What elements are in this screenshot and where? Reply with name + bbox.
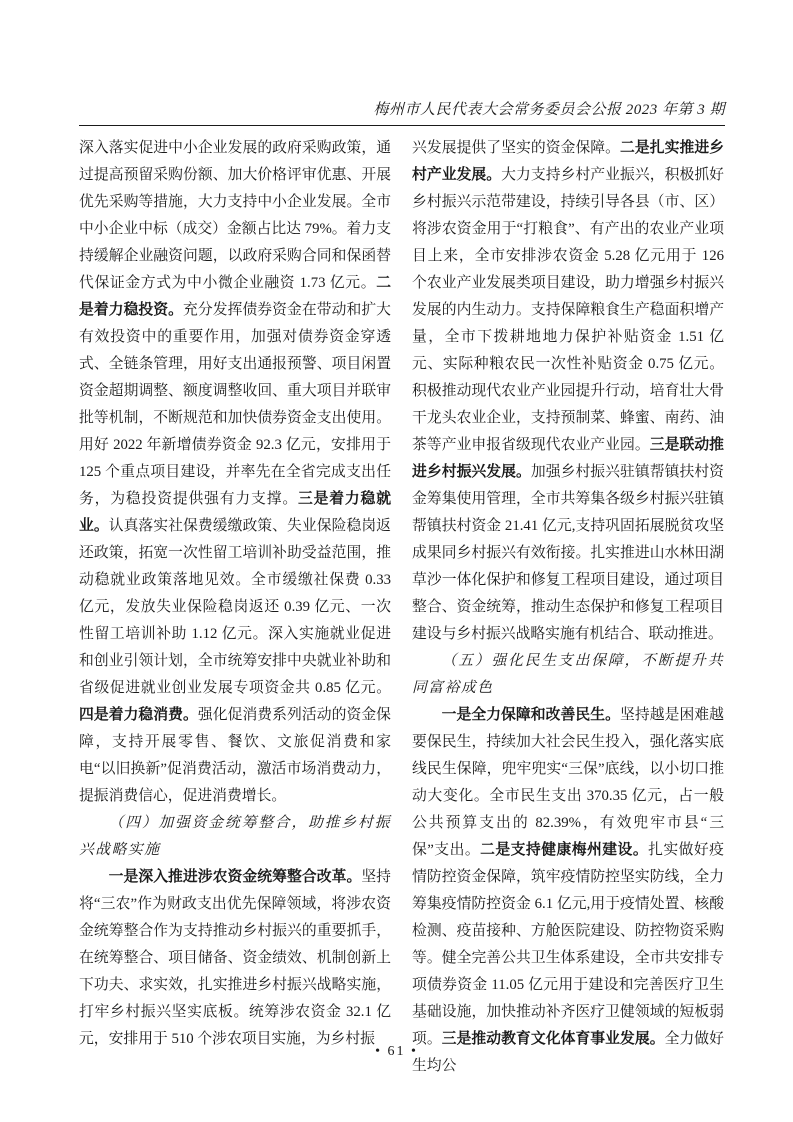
body-text: （四）加强资金统筹整合，助推乡村振兴战略实施 <box>79 815 391 858</box>
section-heading: （四）加强资金统筹整合，助推乡村振兴战略实施 <box>79 810 391 864</box>
left-column: 深入落实促进中小企业发展的政府采购政策，通过提高预留采购份额、加大价格评审优惠、… <box>79 135 391 1080</box>
emphasis-text: 四是着力稳消费。 <box>79 707 198 723</box>
body-text: 扎实做好疫情防控资金保障，筑牢疫情防控坚实防线，全力筹集疫情防控资金 6.1 亿… <box>412 842 724 1047</box>
body-text: 加强乡村振兴驻镇帮镇扶村资金筹集使用管理，全市共筹集各级乡村振兴驻镇帮镇扶村资金… <box>412 464 724 642</box>
journal-title: 梅州市人民代表大会常务委员会公报 2023 年第 3 期 <box>79 100 725 120</box>
body-text: （五）强化民生支出保障，不断提升共同富裕成色 <box>412 653 724 696</box>
page-header: 梅州市人民代表大会常务委员会公报 2023 年第 3 期 <box>79 100 725 126</box>
document-body: 深入落实促进中小企业发展的政府采购政策，通过提高预留采购份额、加大价格评审优惠、… <box>79 135 725 1080</box>
paragraph: 深入落实促进中小企业发展的政府采购政策，通过提高预留采购份额、加大价格评审优惠、… <box>79 135 391 810</box>
emphasis-text: 一是全力保障和改善民生。 <box>442 707 620 723</box>
page-footer: • 61 • <box>0 1042 793 1060</box>
body-text: 兴发展提供了坚实的资金保障。 <box>412 140 620 156</box>
body-text: 深入落实促进中小企业发展的政府采购政策，通过提高预留采购份额、加大价格评审优惠、… <box>79 140 391 291</box>
paragraph: 一是全力保障和改善民生。坚持越是困难越要保民生，持续加大社会民生投入，强化落实底… <box>412 702 724 1080</box>
section-heading: （五）强化民生支出保障，不断提升共同富裕成色 <box>412 648 724 702</box>
body-text: 认真落实社保费缓缴政策、失业保险稳岗返还政策，拓宽一次性留工培训补助受益范围，推… <box>79 518 391 696</box>
emphasis-text: 二是支持健康梅州建设。 <box>480 842 648 858</box>
body-text: 大力支持乡村产业振兴，积极抓好乡村振兴示范带建设，持续引导各县（市、区）将涉农资… <box>412 167 724 453</box>
body-text: 坚持将“三农”作为财政支出优先保障领域，将涉农资金统筹整合作为支持推动乡村振兴的… <box>79 869 391 1047</box>
header-rule <box>79 125 725 126</box>
right-column: 兴发展提供了坚实的资金保障。二是扎实推进乡村产业发展。大力支持乡村产业振兴，积极… <box>412 135 724 1080</box>
paragraph: 一是深入推进涉农资金统筹整合改革。坚持将“三农”作为财政支出优先保障领域，将涉农… <box>79 864 391 1053</box>
paragraph: 兴发展提供了坚实的资金保障。二是扎实推进乡村产业发展。大力支持乡村产业振兴，积极… <box>412 135 724 648</box>
body-text: 坚持越是困难越要保民生，持续加大社会民生投入，强化落实底线民生保障，兜牢兜实“三… <box>412 707 724 858</box>
emphasis-text: 一是深入推进涉农资金统筹整合改革。 <box>109 869 362 885</box>
body-text: 充分发挥债券资金在带动和扩大有效投资中的重要作用，加强对债券资金穿透式、全链条管… <box>79 302 391 507</box>
page-number: • 61 • <box>375 1044 418 1059</box>
gazette-page: 梅州市人民代表大会常务委员会公报 2023 年第 3 期 深入落实促进中小企业发… <box>0 0 793 1122</box>
